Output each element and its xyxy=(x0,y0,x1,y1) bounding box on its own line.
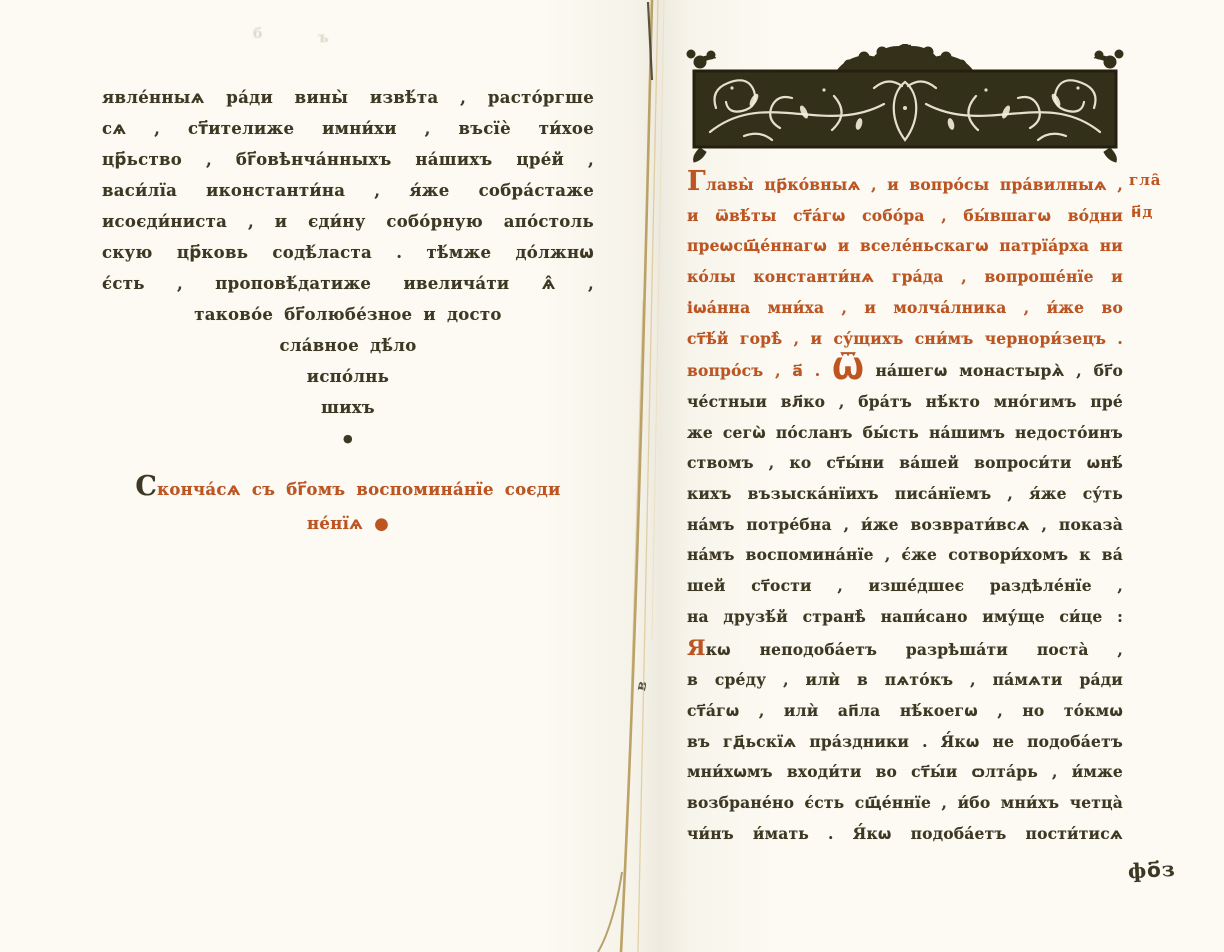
right-text-lines: Главы̀ цр҃ко́вныѧ , и вопро́сы пра́вилны… xyxy=(687,167,1123,849)
showthrough-mark: ъ xyxy=(318,30,329,46)
text-line: кихъ възыска́нїихъ писа́нїемъ , я́же су́… xyxy=(687,479,1123,510)
text-line: таково́е бг҃олюбе́зное и досто xyxy=(102,299,594,330)
text-line: цр҃ьство , бг҃овѣнча́нныхъ на́шихъ цре́й… xyxy=(102,144,594,175)
text-line: шей ст҃ости , изше́дшеє раздѣле́нїе , xyxy=(687,571,1123,602)
colophon: Сконча́сѧ съ бг҃омъ воспомина́нїе соєди … xyxy=(102,470,594,541)
text-line: ст҃а́гѡ , илѝ ап҃ла нѣ́коегѡ , но то́кмѡ xyxy=(687,696,1123,727)
text-line: въ гд҃ьскїѧ пра́здники . Я́кѡ не подоба́… xyxy=(687,727,1123,758)
text-line: шихъ xyxy=(102,392,594,423)
folio-number: фо҃з xyxy=(1127,857,1176,883)
text-line: ствомъ , ко ст҃ы́ни ва́шей вопроси́ти ѡн… xyxy=(687,448,1123,479)
rubricated-initial: Я xyxy=(687,635,706,660)
text-line: явле́нныѧ ра́ди вины̀ извѣ́та , расто́рг… xyxy=(102,82,594,113)
section-end-dot: ● xyxy=(102,423,594,454)
text-line: іѡа́нна мни́ха , и молча́лника , и́же во xyxy=(687,293,1123,324)
book-scan: { "colors":{"ink":"#3c3823","red":"#bf54… xyxy=(0,0,1224,952)
colophon-line-2: не́нїѧ ● xyxy=(102,507,594,541)
showthrough-mark: б xyxy=(253,26,262,42)
text-line: и ѿвѣ́ты ст҃а́гѡ собо́ра , бы́вшагѡ во́д… xyxy=(687,201,1123,232)
colophon-line-1-text: конча́сѧ съ бг҃омъ воспомина́нїе соєди xyxy=(157,480,560,499)
margin-note-chapter-number: н҃д xyxy=(1131,203,1153,221)
colophon-line-1: Сконча́сѧ съ бг҃омъ воспомина́нїе соєди xyxy=(102,470,594,507)
text-line: ко́лы константи́нѧ гра́да , вопроше́нїе … xyxy=(687,262,1123,293)
text-line: преѡсщ҃е́ннагѡ и вселе́ньскагѡ патрїа́рх… xyxy=(687,231,1123,262)
text-line: на́мъ потре́бна , и́же возврати́всѧ , по… xyxy=(687,510,1123,541)
text-line: вопро́съ , а҃ . Ѿ на́шегѡ монастырѧ̀ , б… xyxy=(687,354,1123,387)
margin-note-chapter: гла̑ xyxy=(1129,171,1162,189)
question-label: вопро́съ , а҃ . xyxy=(687,361,832,380)
text-line: на́мъ воспомина́нїе , є́же сотвори́хомъ … xyxy=(687,540,1123,571)
text-line: васи́лїа иконстанти́на , я́же собра́стаж… xyxy=(102,175,594,206)
left-page-text-block: явле́нныѧ ра́ди вины̀ извѣ́та , расто́рг… xyxy=(102,82,594,541)
text-line: скую цр҃ковь содѣ́ласта . тѣ́мже до́лжнѡ xyxy=(102,237,594,268)
text-line: на друзѣ́й странѣ̀ напи́сано иму́ще си́ц… xyxy=(687,602,1123,633)
text-line: сѧ , ст҃ителиже имни́хи , въсїѐ ти́хое xyxy=(102,113,594,144)
text-line: чи́нъ и́мать . Я́кѡ подоба́етъ пости́тис… xyxy=(687,819,1123,850)
text-line: є́сть , проповѣ́датиже ивелича́ти ѧ̂ , xyxy=(102,268,594,299)
text-line: сла́вное дѣ́ло xyxy=(102,330,594,361)
colophon-initial: С xyxy=(135,471,157,502)
text-line: исоєди́ниста , и єди́ну собо́рную апо́ст… xyxy=(102,206,594,237)
text-line: же сегѡ̀ по́сланъ бы́сть на́шимъ недосто… xyxy=(687,418,1123,449)
heading-initial: Г xyxy=(687,166,706,197)
text-line: в сре́ду , илѝ в пѧто́къ , па́мѧти ра́ди xyxy=(687,665,1123,696)
omega-initial: Ѿ xyxy=(832,352,864,386)
right-page-text-block: Главы̀ цр҃ко́вныѧ , и вопро́сы пра́вилны… xyxy=(687,167,1123,849)
left-body-lines: явле́нныѧ ра́ди вины̀ извѣ́та , расто́рг… xyxy=(102,82,594,423)
text-line: Главы̀ цр҃ко́вныѧ , и вопро́сы пра́вилны… xyxy=(687,167,1123,201)
text-line: ст҃ѣ́й горѣ̀ , и су́щихъ сни́мъ чернори́… xyxy=(687,324,1123,355)
headpiece-woodcut xyxy=(684,44,1126,164)
heading-text: лавы̀ цр҃ко́вныѧ , и вопро́сы пра́вилныѧ… xyxy=(706,175,1123,194)
quire-signature: в xyxy=(633,680,651,693)
text-line: возбране́но є́сть сщ҃е́ннїе , и́бо мни́х… xyxy=(687,788,1123,819)
text-line: че́стныи вл҃ко , бра́тъ нѣ́кто мно́гимъ … xyxy=(687,387,1123,418)
text-line: мни́хѡмъ входи́ти во ст҃ы́и ѻлта́рь , и́… xyxy=(687,757,1123,788)
body-text: кѡ неподоба́етъ разрѣша́ти поста̀ , xyxy=(706,640,1123,659)
text-line: испо́лнь xyxy=(102,361,594,392)
question-text: на́шегѡ монастырѧ̀ , бг҃о xyxy=(864,361,1123,380)
text-line: Якѡ неподоба́етъ разрѣша́ти поста̀ , xyxy=(687,633,1123,666)
